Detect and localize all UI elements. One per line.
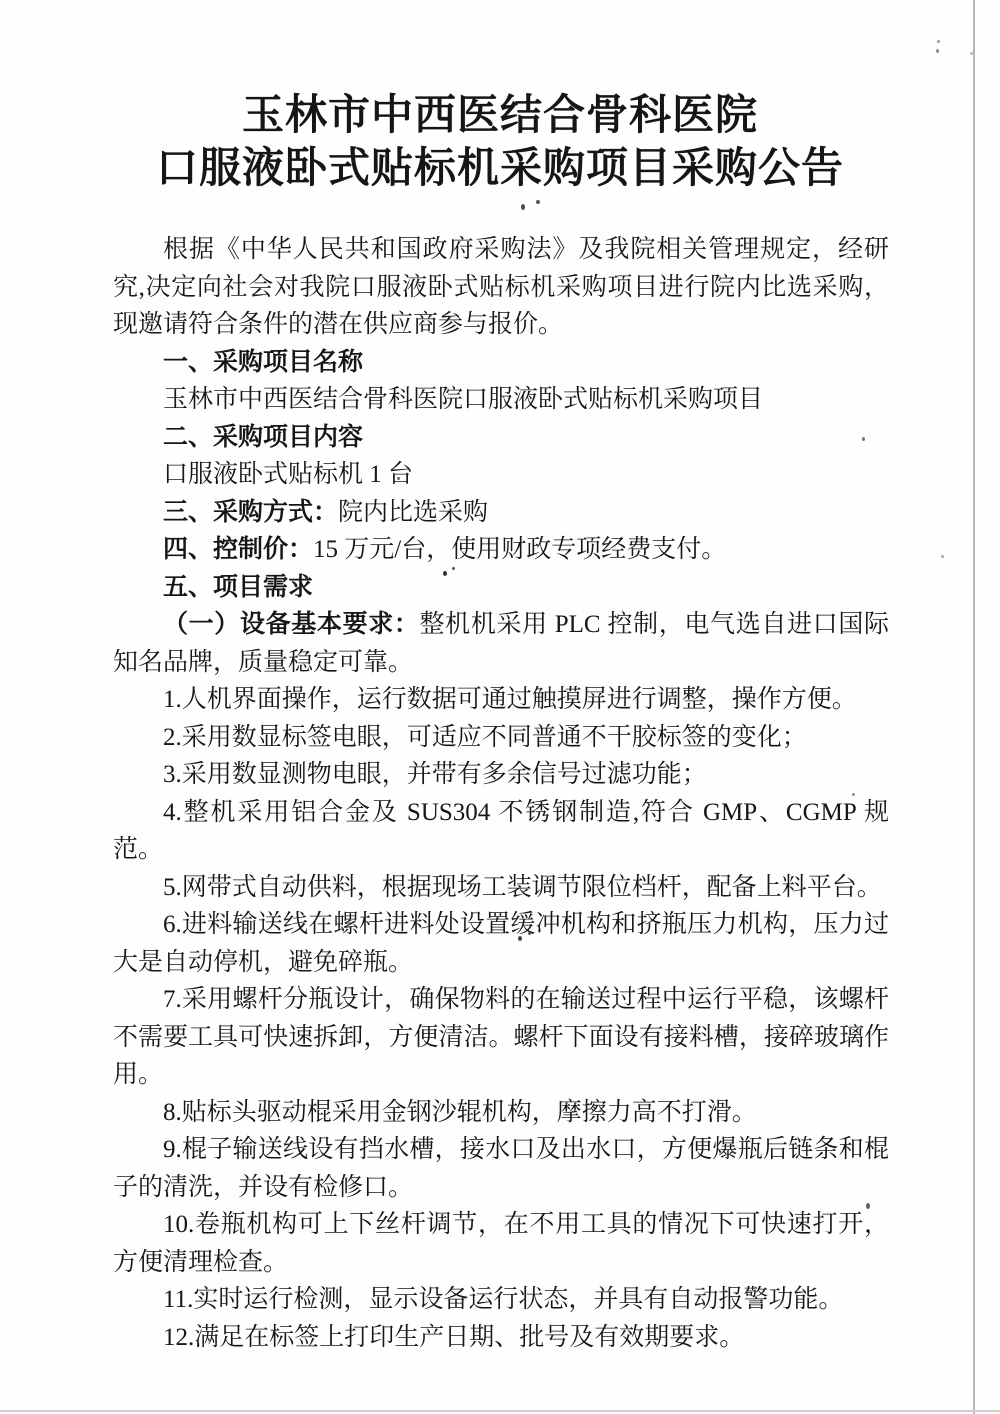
ink-speck (936, 49, 939, 53)
section-4-text: 15 万元/台，使用财政专项经费支付。 (313, 536, 726, 563)
ink-speck (452, 567, 455, 570)
intro-paragraph: 根据《中华人民共和国政府采购法》及我院相关管理规定，经研究,决定向社会对我院口服… (113, 231, 889, 344)
requirement-item-2: 2.采用数显标签电眼，可适应不同普通不干胶标签的变化； (113, 719, 889, 757)
requirement-item-8: 8.贴标头驱动棍采用金钢沙辊机构，摩擦力高不打滑。 (113, 1094, 889, 1132)
ink-speck (528, 932, 531, 935)
requirement-item-10: 10.卷瓶机构可上下丝杆调节，在不用工具的情况下可快速打开，方便清理检查。 (113, 1206, 889, 1281)
equipment-requirements-label: （一）设备基本要求： (163, 611, 420, 638)
requirement-item-9: 9.棍子输送线设有挡水槽，接水口及出水口，方便爆瓶后链条和棍子的清洗，并设有检修… (113, 1131, 889, 1206)
requirement-item-6: 6.进料输送线在螺杆进料处设置缓冲机构和挤瓶压力机构，压力过大是自动停机，避免碎… (113, 906, 889, 981)
requirement-item-4: 4.整机采用铝合金及 SUS304 不锈钢制造,符合 GMP、CGMP 规范。 (113, 794, 889, 869)
section-1-text: 玉林市中西医结合骨科医院口服液卧式贴标机采购项目 (113, 381, 889, 419)
section-3-text: 院内比选采购 (338, 499, 488, 526)
scanned-document-page: 玉林市中西医结合骨科医院 口服液卧式贴标机采购项目采购公告 根据《中华人民共和国… (0, 0, 1000, 1414)
section-5-heading: 五、项目需求 (113, 569, 889, 607)
section-4-line: 四、控制价：15 万元/台，使用财政专项经费支付。 (113, 531, 889, 569)
ink-speck (862, 437, 865, 441)
ink-speck (443, 571, 447, 576)
ink-speck (397, 477, 400, 480)
document-title-line1: 玉林市中西医结合骨科医院 (0, 90, 1000, 143)
ink-speck (852, 793, 855, 796)
section-2-text: 口服液卧式贴标机 1 台 (113, 456, 889, 494)
requirement-item-7: 7.采用螺杆分瓶设计，确保物料的在输送过程中运行平稳，该螺杆不需要工具可快速拆卸… (113, 981, 889, 1094)
requirement-item-1: 1.人机界面操作，运行数据可通过触摸屏进行调整，操作方便。 (113, 681, 889, 719)
requirement-item-3: 3.采用数显测物电眼，并带有多余信号过滤功能； (113, 756, 889, 794)
section-3-line: 三、采购方式：院内比选采购 (113, 494, 889, 532)
ink-speck (866, 1203, 870, 1209)
ink-speck (518, 936, 522, 941)
section-2-heading: 二、采购项目内容 (113, 419, 889, 457)
ink-speck (536, 200, 540, 204)
requirement-item-5: 5.网带式自动供料，根据现场工装调节限位档杆，配备上料平台。 (113, 869, 889, 907)
section-1-heading: 一、采购项目名称 (113, 344, 889, 382)
ink-speck (970, 52, 974, 55)
ink-speck (328, 362, 331, 365)
equipment-basic-requirements: （一）设备基本要求：整机机采用 PLC 控制，电气选自进口国际知名品牌，质量稳定… (113, 606, 889, 681)
document-title-line2: 口服液卧式贴标机采购项目采购公告 (0, 143, 1000, 196)
section-3-heading: 三、采购方式： (163, 499, 338, 526)
requirement-item-11: 11.实时运行检测，显示设备运行状态，并具有自动报警功能。 (113, 1281, 889, 1319)
ink-speck (521, 204, 525, 210)
section-4-heading: 四、控制价： (163, 536, 313, 563)
scan-edge-line-bottom (0, 1410, 1000, 1412)
scan-edge-line-right (973, 0, 975, 1414)
document-title: 玉林市中西医结合骨科医院 口服液卧式贴标机采购项目采购公告 (0, 90, 1000, 196)
document-body: 根据《中华人民共和国政府采购法》及我院相关管理规定，经研究,决定向社会对我院口服… (113, 231, 889, 1356)
ink-speck (937, 40, 940, 43)
requirement-item-12: 12.满足在标签上打印生产日期、批号及有效期要求。 (113, 1319, 889, 1357)
ink-speck (941, 555, 944, 558)
